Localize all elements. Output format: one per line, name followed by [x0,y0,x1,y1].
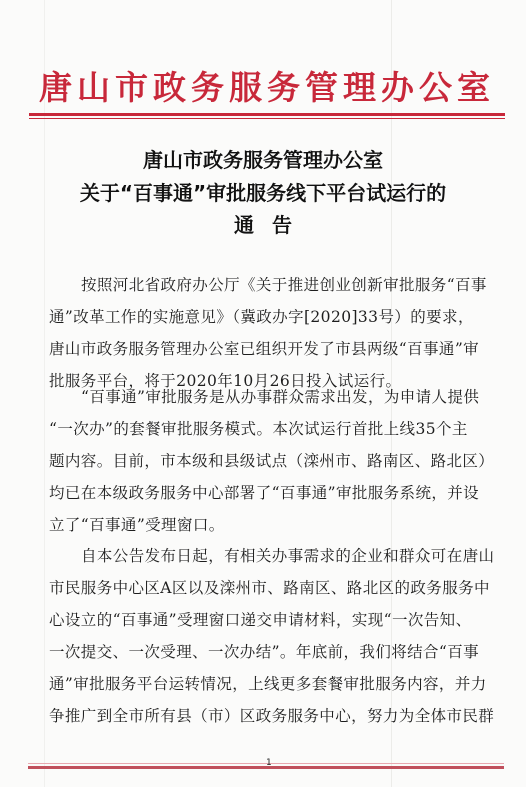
body-paragraph-1: 按照河北省政府办公厅《关于推进创业创新审批服务“百事 通”改革工作的实施意见》（… [49,269,491,397]
body-paragraph-3: 自本公告发布日起，有相关办事需求的企业和群众可在唐山 市民服务中心区A区以及滦州… [49,540,491,732]
paragraph-line: 题内容。目前，市本级和县级试点（滦州市、路南区、路北区） [49,445,491,477]
body-paragraph-2: “百事通”审批服务是从办事群众需求出发，为申请人提供 “一次办”的套餐审批服务模… [49,381,491,541]
document-title-line-2: 关于“百事通”审批服务线下平台试运行的 [0,177,526,206]
letterhead-rule-thin [29,118,505,119]
paragraph-line: “一次办”的套餐审批服务模式。本次试运行首批上线35个主 [49,413,491,445]
paragraph-line: 通”改革工作的实施意见》（冀政办字[2020]33号）的要求， [49,301,491,333]
paragraph-line: 争推广到全市所有县（市）区政务服务中心，努力为全体市民群 [49,700,491,732]
paragraph-line: 心设立的“百事通”受理窗口递交申请材料，实现“一次告知、 [49,604,491,636]
letterhead-org-name: 唐山市政务服务管理办公室 [28,68,506,108]
paragraph-line: 按照河北省政府办公厅《关于推进创业创新审批服务“百事 [49,269,491,301]
paragraph-line: “百事通”审批服务是从办事群众需求出发，为申请人提供 [49,381,491,413]
paragraph-line: 自本公告发布日起，有相关办事需求的企业和群众可在唐山 [49,540,491,572]
document-title-line-3: 通告 [0,209,526,238]
paragraph-line: 市民服务中心区A区以及滦州市、路南区、路北区的政务服务中 [49,572,491,604]
paragraph-line: 均已在本级政务服务中心部署了“百事通”审批服务系统，并设 [49,477,491,509]
document-title-line-1: 唐山市政务服务管理办公室 [0,144,526,173]
paragraph-line: 一次提交、一次受理、一次办结”。年底前，我们将结合“百事 [49,636,491,668]
paragraph-line: 唐山市政务服务管理办公室已组织开发了市县两级“百事通”审 [49,333,491,365]
page-number: 1 [266,758,272,768]
paragraph-line: 立了“百事通”受理窗口。 [49,509,491,541]
paragraph-line: 通”审批服务平台运转情况，上线更多套餐审批服务内容，并力 [49,668,491,700]
letterhead-rule-thick [29,113,505,116]
